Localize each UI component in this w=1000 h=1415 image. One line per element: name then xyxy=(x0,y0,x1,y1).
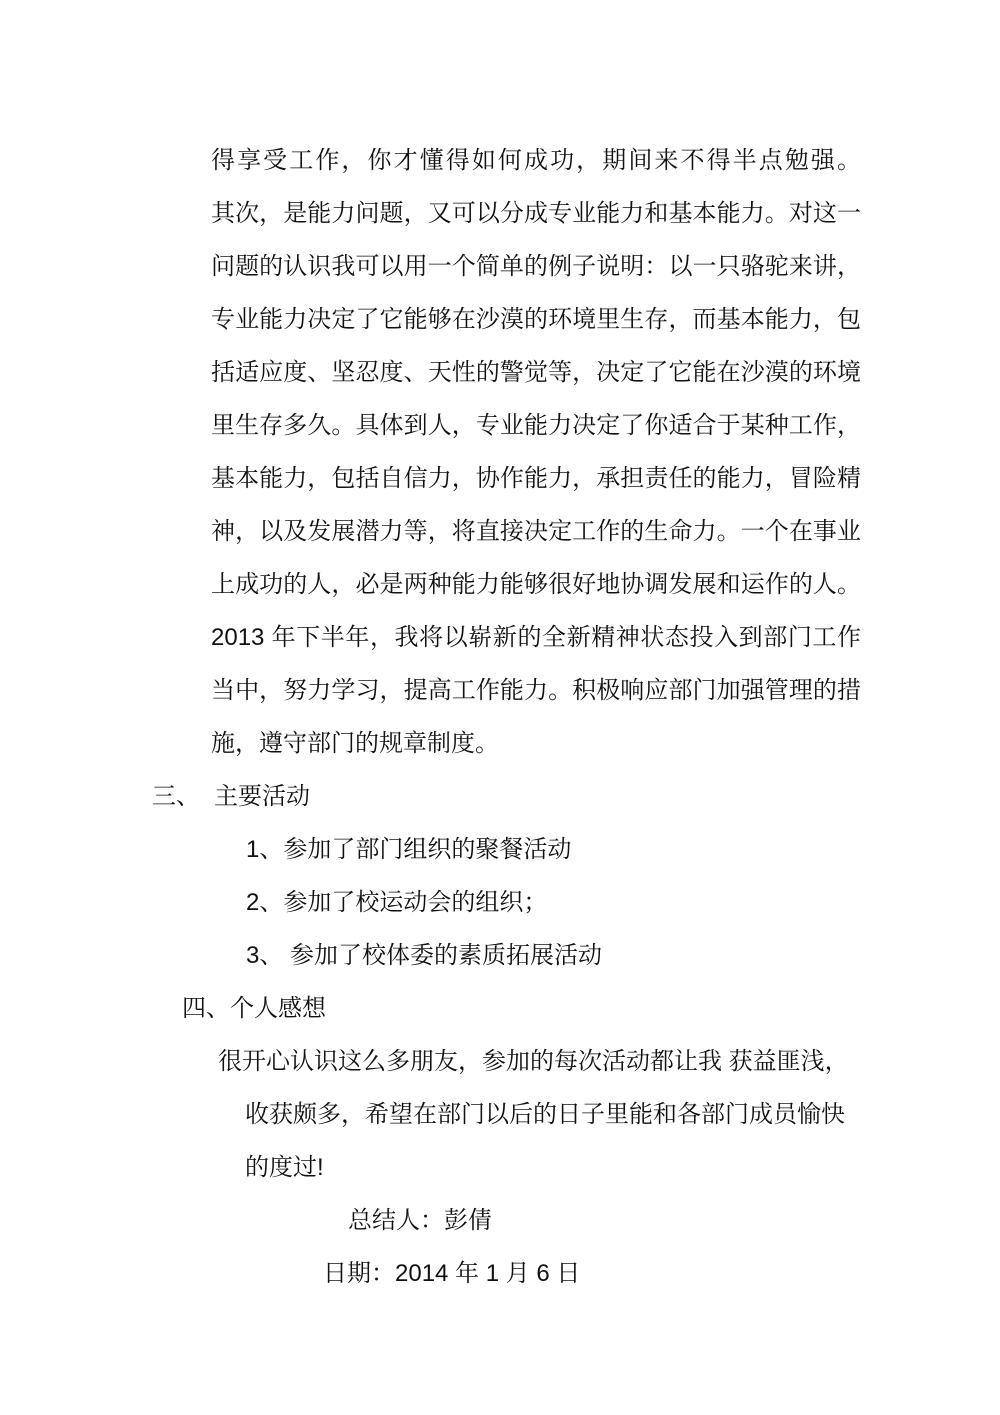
paragraph-line: 括适应度、坚忍度、天性的警觉等，决定了它能在沙漠的环境 xyxy=(211,346,861,399)
activity-item: 2、参加了校运动会的组织； xyxy=(246,876,1000,929)
document-body: 得享受工作，你才懂得如何成功，期间来不得半点勉强。 其次，是能力问题，又可以分成… xyxy=(0,0,1000,1300)
paragraph-line: 2013 年下半年，我将以崭新的全新精神状态投入到部门工作 xyxy=(211,611,861,664)
section-number: 四、 xyxy=(182,995,230,1022)
paragraph-line: 基本能力，包括自信力，协作能力，承担责任的能力，冒险精 xyxy=(211,452,861,505)
section-number: 三、 xyxy=(152,783,200,810)
section-title: 主要活动 xyxy=(214,783,310,810)
paragraph-line: 得享受工作，你才懂得如何成功，期间来不得半点勉强。 xyxy=(211,134,861,187)
feelings-line: 收获颇多，希望在部门以后的日子里能和各部门成员愉快 xyxy=(245,1088,1000,1141)
date-line: 日期：2014 年 1 月 6 日 xyxy=(323,1247,1000,1300)
paragraph-line: 问题的认识我可以用一个简单的例子说明：以一只骆驼来讲， xyxy=(211,240,861,293)
paragraph-line: 其次，是能力问题，又可以分成专业能力和基本能力。对这一 xyxy=(211,187,861,240)
signature-line: 总结人：彭倩 xyxy=(348,1194,1000,1247)
section-heading-personal-thoughts: 四、个人感想 xyxy=(182,982,1000,1035)
section-heading-main-activities: 三、主要活动 xyxy=(152,770,1000,823)
activity-item: 3、 参加了校体委的素质拓展活动 xyxy=(246,929,1000,982)
feelings-line: 很开心认识这么多朋友，参加的每次活动都让我 获益匪浅， xyxy=(218,1035,1000,1088)
paragraph-line: 里生存多久。具体到人，专业能力决定了你适合于某种工作， xyxy=(211,399,861,452)
section-title: 个人感想 xyxy=(230,995,326,1022)
paragraph-line: 专业能力决定了它能够在沙漠的环境里生存，而基本能力，包 xyxy=(211,293,861,346)
document-page: 得享受工作，你才懂得如何成功，期间来不得半点勉强。 其次，是能力问题，又可以分成… xyxy=(0,0,1000,1415)
paragraph-line: 神，以及发展潜力等，将直接决定工作的生命力。一个在事业 xyxy=(211,505,861,558)
activity-item: 1、参加了部门组织的聚餐活动 xyxy=(246,823,1000,876)
paragraph-line: 施，遵守部门的规章制度。 xyxy=(211,717,861,770)
feelings-line: 的度过! xyxy=(245,1141,1000,1194)
paragraph-line: 上成功的人，必是两种能力能够很好地协调发展和运作的人。 xyxy=(211,558,861,611)
paragraph-line: 当中，努力学习，提高工作能力。积极响应部门加强管理的措 xyxy=(211,664,861,717)
